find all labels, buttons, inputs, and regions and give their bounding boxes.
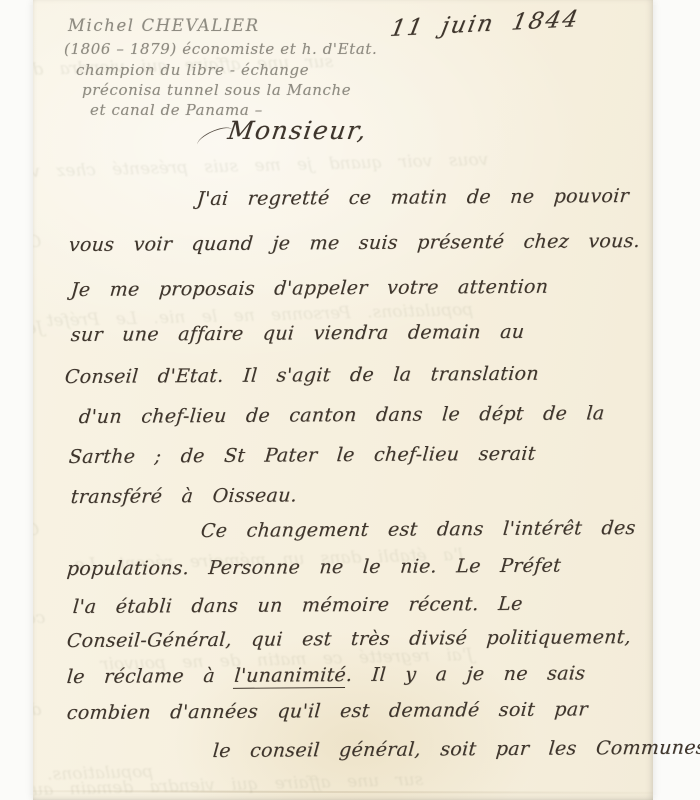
- letter-line: le conseil général, soit par les Commune…: [212, 736, 700, 762]
- letter-line: combien d'années qu'il est demandé soit …: [66, 698, 589, 724]
- annotation-line: (1806 – 1879) économiste et h. d'Etat.: [64, 40, 377, 58]
- salutation: Monsieur,: [226, 116, 369, 145]
- letter-line: Conseil d'Etat. Il s'agit de la translat…: [64, 363, 540, 388]
- underlined-word: l'unanimité: [233, 664, 347, 689]
- bleedthrough-mark: Je me proposais d'appeler votre attentio…: [33, 318, 44, 349]
- bleedthrough-mark: combien d'années qu'il est demandé soit …: [33, 608, 46, 640]
- letter-line: Je me proposais d'appeler votre attentio…: [70, 276, 549, 301]
- letter-line: Conseil-Général, qui est très divisé pol…: [66, 626, 632, 652]
- letter-line: populations. Personne ne le nie. Le Préf…: [66, 555, 562, 580]
- letter-line: J'ai regretté ce matin de ne pouvoir: [196, 185, 630, 210]
- letter-line: vous voir quand je me suis présenté chez…: [68, 230, 641, 256]
- letter-line: sur une affaire qui viendra demain au: [70, 321, 525, 346]
- annotation-line: Michel CHEVALIER: [68, 16, 260, 35]
- annotation-line: préconisa tunnel sous la Manche: [82, 81, 351, 99]
- bleedthrough-mark: d'un chef-lieu de canton dans le dépt de…: [33, 700, 42, 732]
- bleedthrough-mark: Conseil-Général, qui est très divisé pol…: [33, 520, 40, 553]
- letter-line: transféré à Oisseau.: [70, 484, 298, 508]
- annotation-line: champion du libre - échange: [76, 61, 309, 79]
- letter-line: l'a établi dans un mémoire récent. Le: [72, 593, 524, 618]
- letter-line: le réclame à l'unanimité. Il y a je ne s…: [66, 662, 586, 688]
- bleedthrough-mark: vous voir quand je me suis présenté chez…: [33, 150, 489, 183]
- line-segment: le réclame à: [66, 665, 235, 688]
- letter-line: Ce changement est dans l'intérêt des: [200, 517, 637, 542]
- bleedthrough-mark: Conseil d'Etat. Il s'agit de la translat…: [33, 232, 42, 263]
- letter-scan-page: sur une affaire qui viendra demain auvou…: [0, 0, 700, 800]
- line-segment: . Il y a je ne sais: [345, 662, 586, 686]
- letter-line: d'un chef-lieu de canton dans le dépt de…: [78, 402, 605, 428]
- letter-line: Sarthe ; de St Pater le chef-lieu serait: [68, 443, 537, 468]
